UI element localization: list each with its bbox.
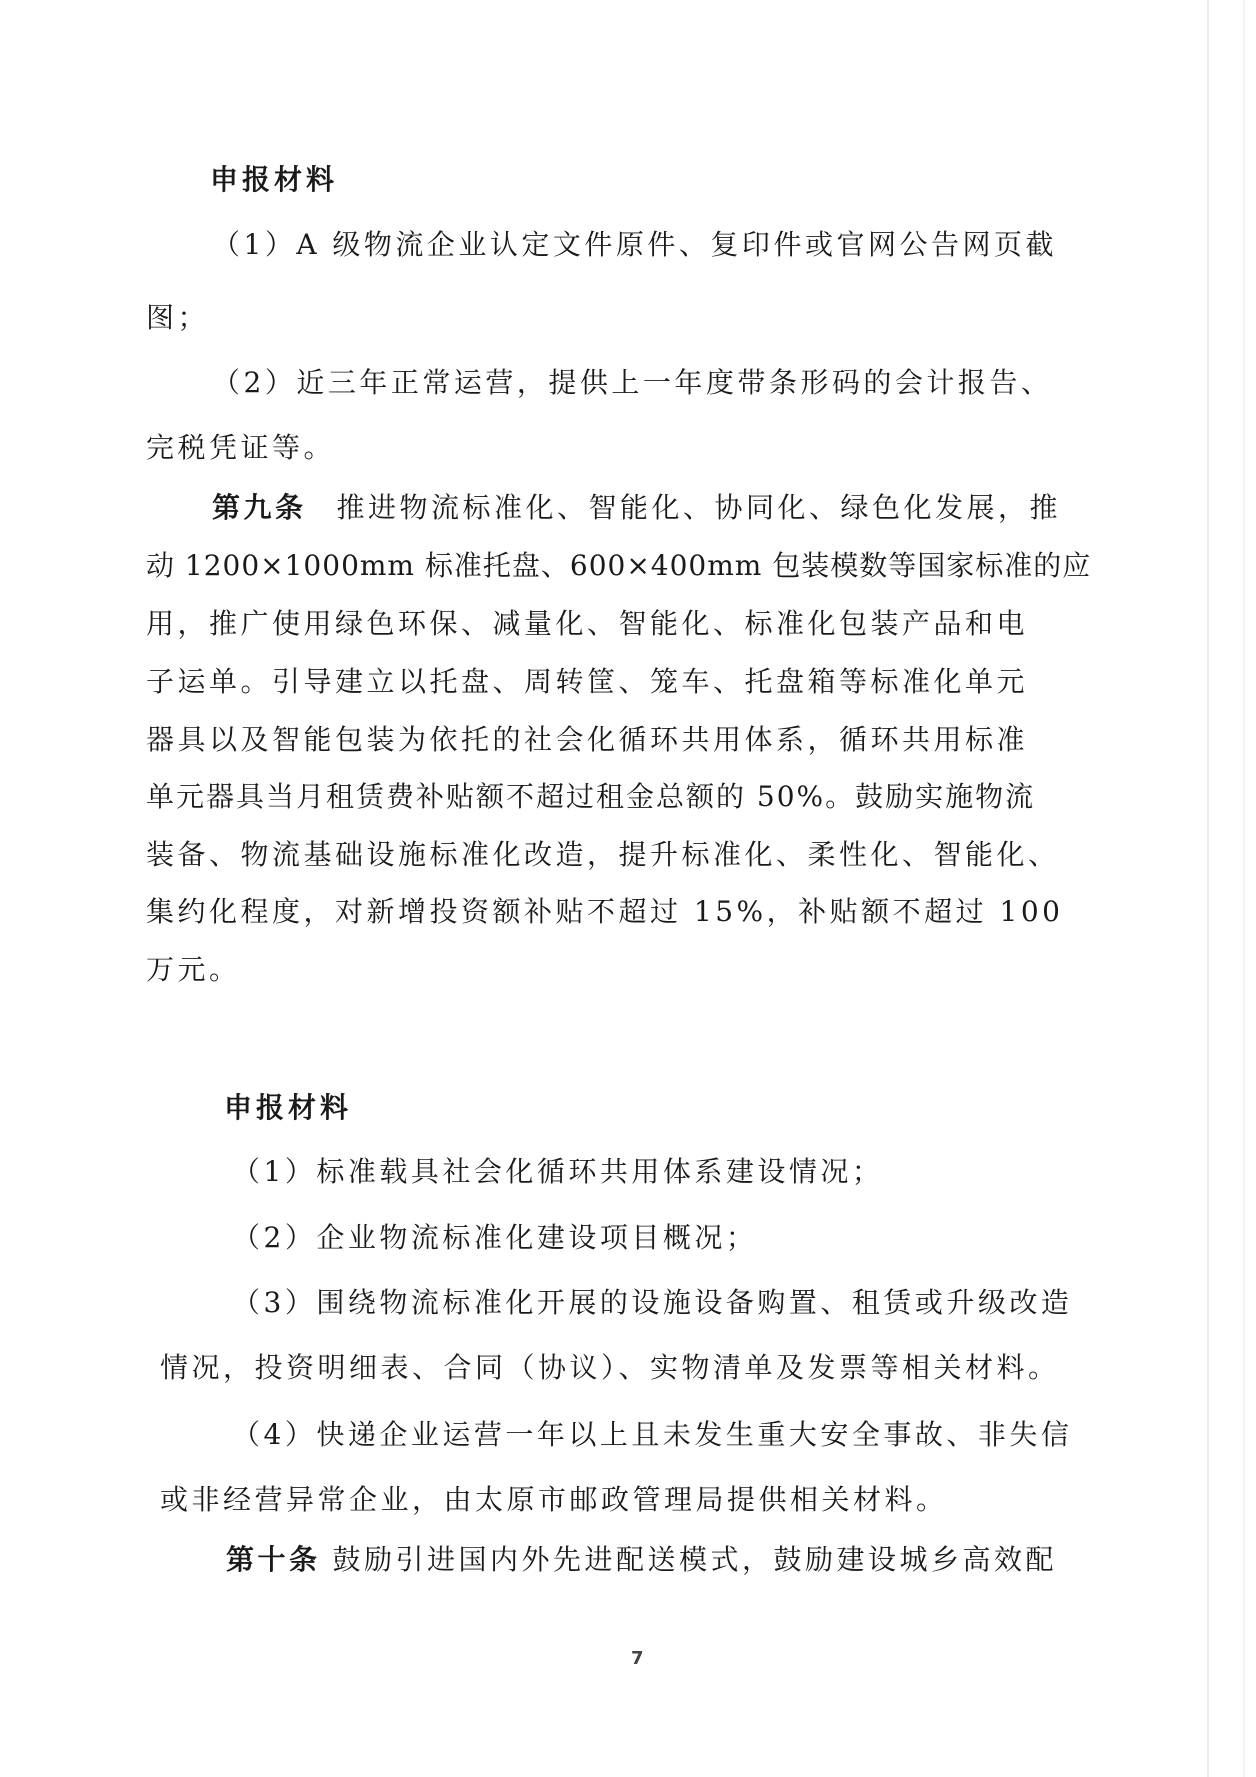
article-9-first-line: 第九条推进物流标准化、智能化、协同化、绿色化发展，推 bbox=[212, 490, 1061, 526]
paragraph-line: 单元器具当月租赁费补贴额不超过租金总额的 50%。鼓励实施物流 bbox=[146, 779, 1035, 815]
paragraph-line: 集约化程度，对新增投资额补贴不超过 15%，补贴额不超过 100 bbox=[146, 894, 1063, 930]
paragraph-text: 鼓励引进国内外先进配送模式，鼓励建设城乡高效配 bbox=[333, 1543, 1058, 1576]
paragraph-line: （3）围绕物流标准化开展的设施设备购置、租赁或升级改造 bbox=[232, 1285, 1072, 1321]
article-label: 第九条 bbox=[212, 491, 307, 524]
paragraph-line: 器具以及智能包装为依托的社会化循环共用体系，循环共用标准 bbox=[146, 722, 1028, 758]
paragraph-line: 动 1200×1000mm 标准托盘、600×400mm 包装模数等国家标准的应 bbox=[146, 548, 1091, 584]
paragraph-line: （2）近三年正常运营，提供上一年度带条形码的会计报告、 bbox=[212, 365, 1052, 401]
paragraph-text: 推进物流标准化、智能化、协同化、绿色化发展，推 bbox=[337, 491, 1062, 524]
scan-artifact-line bbox=[1243, 0, 1245, 1777]
paragraph-line: 或非经营异常企业，由太原市邮政管理局提供相关材料。 bbox=[160, 1482, 948, 1518]
paragraph-line: 子运单。引导建立以托盘、周转筐、笼车、托盘箱等标准化单元 bbox=[146, 664, 1028, 700]
paragraph-line: （2）企业物流标准化建设项目概况； bbox=[232, 1220, 757, 1256]
paragraph-line: 装备、物流基础设施标准化改造，提升标准化、柔性化、智能化、 bbox=[146, 837, 1060, 873]
paragraph-line: 图； bbox=[146, 300, 209, 336]
scan-artifact-line bbox=[1207, 0, 1209, 1777]
section-heading: 申报材料 bbox=[224, 1090, 352, 1126]
paragraph-line: 用，推广使用绿色环保、减量化、智能化、标准化包装产品和电 bbox=[146, 606, 1028, 642]
paragraph-line: （1）标准载具社会化循环共用体系建设情况； bbox=[232, 1154, 883, 1190]
paragraph-line: 万元。 bbox=[146, 952, 241, 988]
section-heading: 申报材料 bbox=[210, 162, 338, 198]
article-label: 第十条 bbox=[226, 1543, 321, 1576]
article-10-first-line: 第十条鼓励引进国内外先进配送模式，鼓励建设城乡高效配 bbox=[226, 1542, 1057, 1578]
paragraph-line: （4）快递企业运营一年以上且未发生重大安全事故、非失信 bbox=[232, 1417, 1072, 1453]
paragraph-line: （1）A 级物流企业认定文件原件、复印件或官网公告网页截 bbox=[212, 227, 1057, 263]
paragraph-line: 情况，投资明细表、合同（协议）、实物清单及发票等相关材料。 bbox=[160, 1350, 1060, 1386]
page-number: 7 bbox=[631, 1648, 644, 1669]
paragraph-line: 完税凭证等。 bbox=[146, 430, 335, 466]
